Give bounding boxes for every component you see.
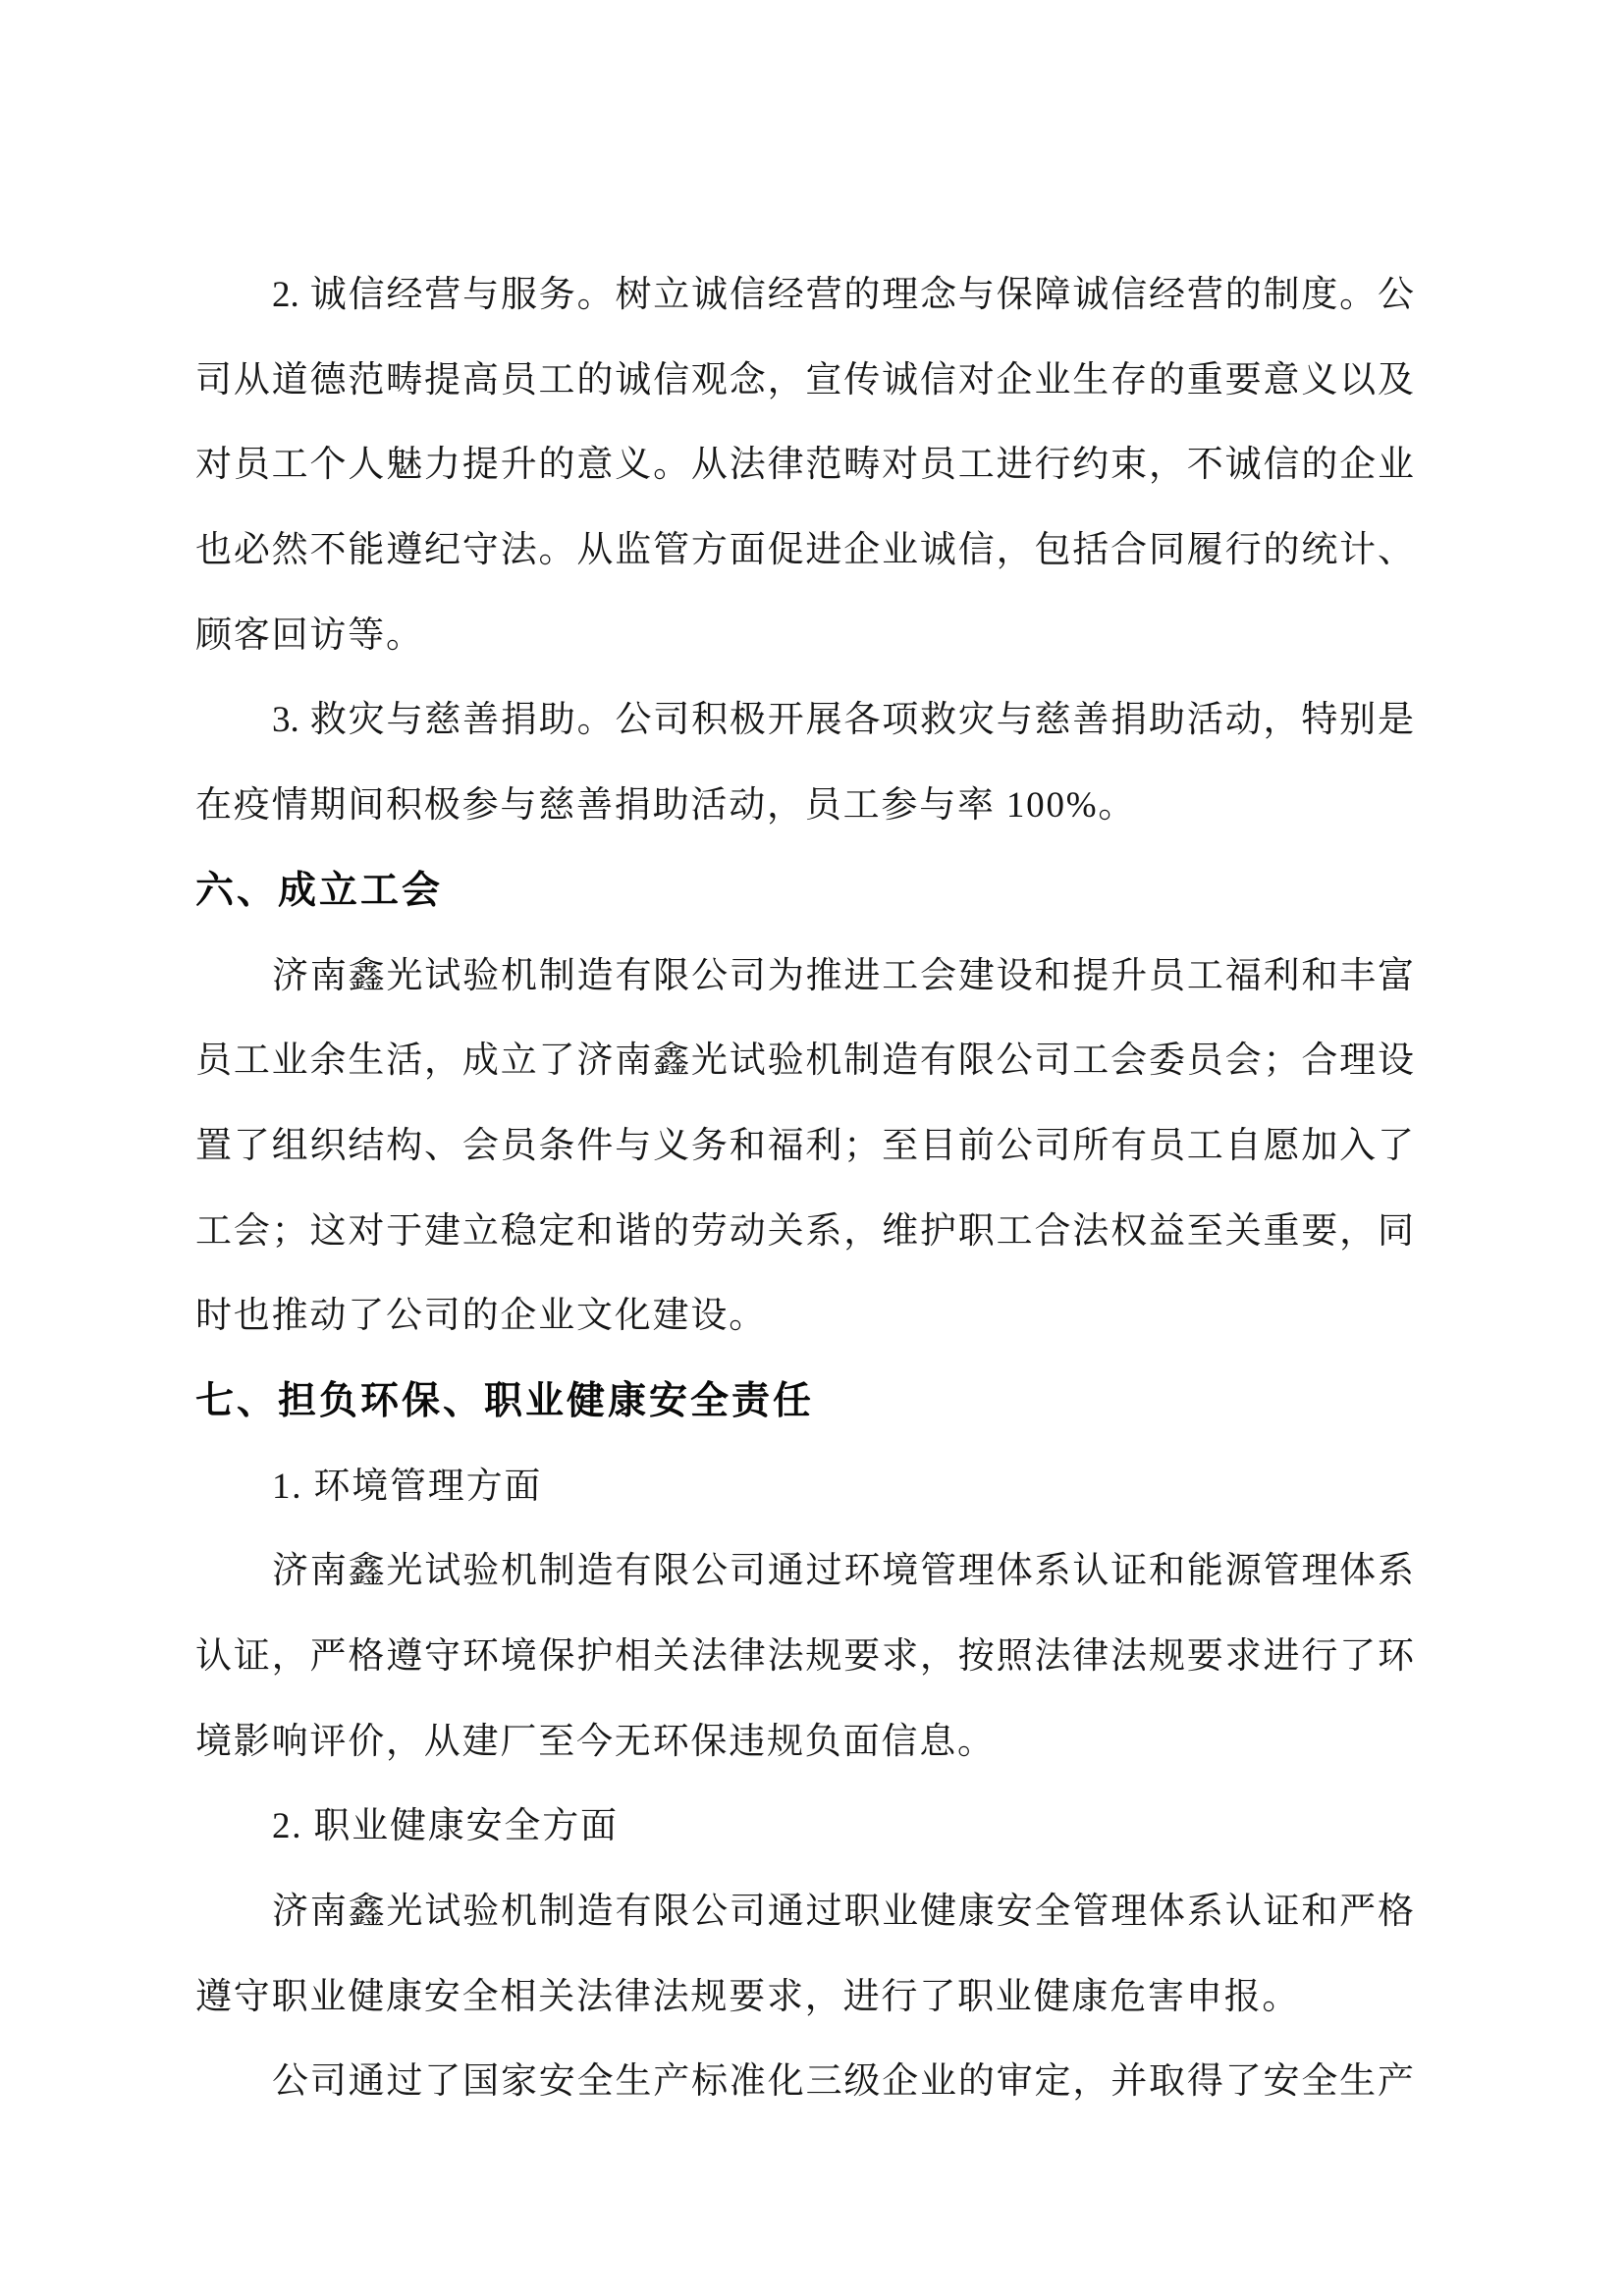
body-text-line: 置了组织结构、会员条件与义务和福利；至目前公司所有员工自愿加入了: [195, 1104, 1414, 1190]
body-text-line: 遵守职业健康安全相关法律法规要求，进行了职业健康危害申报。: [195, 1955, 1414, 2041]
body-text-line: 司从道德范畴提高员工的诚信观念，宣传诚信对企业生存的重要意义以及: [195, 339, 1414, 424]
body-text-line: 在疫情期间积极参与慈善捐助活动，员工参与率 100%。: [195, 764, 1414, 849]
body-text-line: 工会；这对于建立稳定和谐的劳动关系，维护职工合法权益至关重要，同: [195, 1190, 1414, 1275]
body-text-line: 时也推动了公司的企业文化建设。: [195, 1274, 1414, 1360]
body-text-line: 济南鑫光试验机制造有限公司通过职业健康安全管理体系认证和严格: [195, 1870, 1414, 1955]
section-heading: 六、成立工会: [195, 849, 1414, 934]
section-heading: 七、担负环保、职业健康安全责任: [195, 1360, 1414, 1445]
body-text-line: 认证，严格遵守环境保护相关法律法规要求，按照法律法规要求进行了环: [195, 1615, 1414, 1700]
body-text-line: 公司通过了国家安全生产标准化三级企业的审定，并取得了安全生产: [195, 2040, 1414, 2125]
body-text-line: 顾客回访等。: [195, 594, 1414, 679]
body-text-line: 员工业余生活，成立了济南鑫光试验机制造有限公司工会委员会；合理设: [195, 1019, 1414, 1104]
body-text-line: 1. 环境管理方面: [195, 1445, 1414, 1530]
body-text-line: 2. 职业健康安全方面: [195, 1785, 1414, 1870]
body-text-line: 也必然不能遵纪守法。从监管方面促进企业诚信，包括合同履行的统计、: [195, 508, 1414, 594]
document-text-block: 2. 诚信经营与服务。树立诚信经营的理念与保障诚信经营的制度。公司从道德范畴提高…: [195, 253, 1414, 2125]
body-text-line: 济南鑫光试验机制造有限公司为推进工会建设和提升员工福利和丰富: [195, 934, 1414, 1020]
body-text-line: 2. 诚信经营与服务。树立诚信经营的理念与保障诚信经营的制度。公: [195, 253, 1414, 339]
body-text-line: 济南鑫光试验机制造有限公司通过环境管理体系认证和能源管理体系: [195, 1529, 1414, 1615]
body-text-line: 对员工个人魅力提升的意义。从法律范畴对员工进行约束，不诚信的企业: [195, 423, 1414, 508]
body-text-line: 3. 救灾与慈善捐助。公司积极开展各项救灾与慈善捐助活动，特别是: [195, 678, 1414, 764]
document-page: 2. 诚信经营与服务。树立诚信经营的理念与保障诚信经营的制度。公司从道德范畴提高…: [0, 0, 1624, 2296]
body-text-line: 境影响评价，从建厂至今无环保违规负面信息。: [195, 1700, 1414, 1786]
